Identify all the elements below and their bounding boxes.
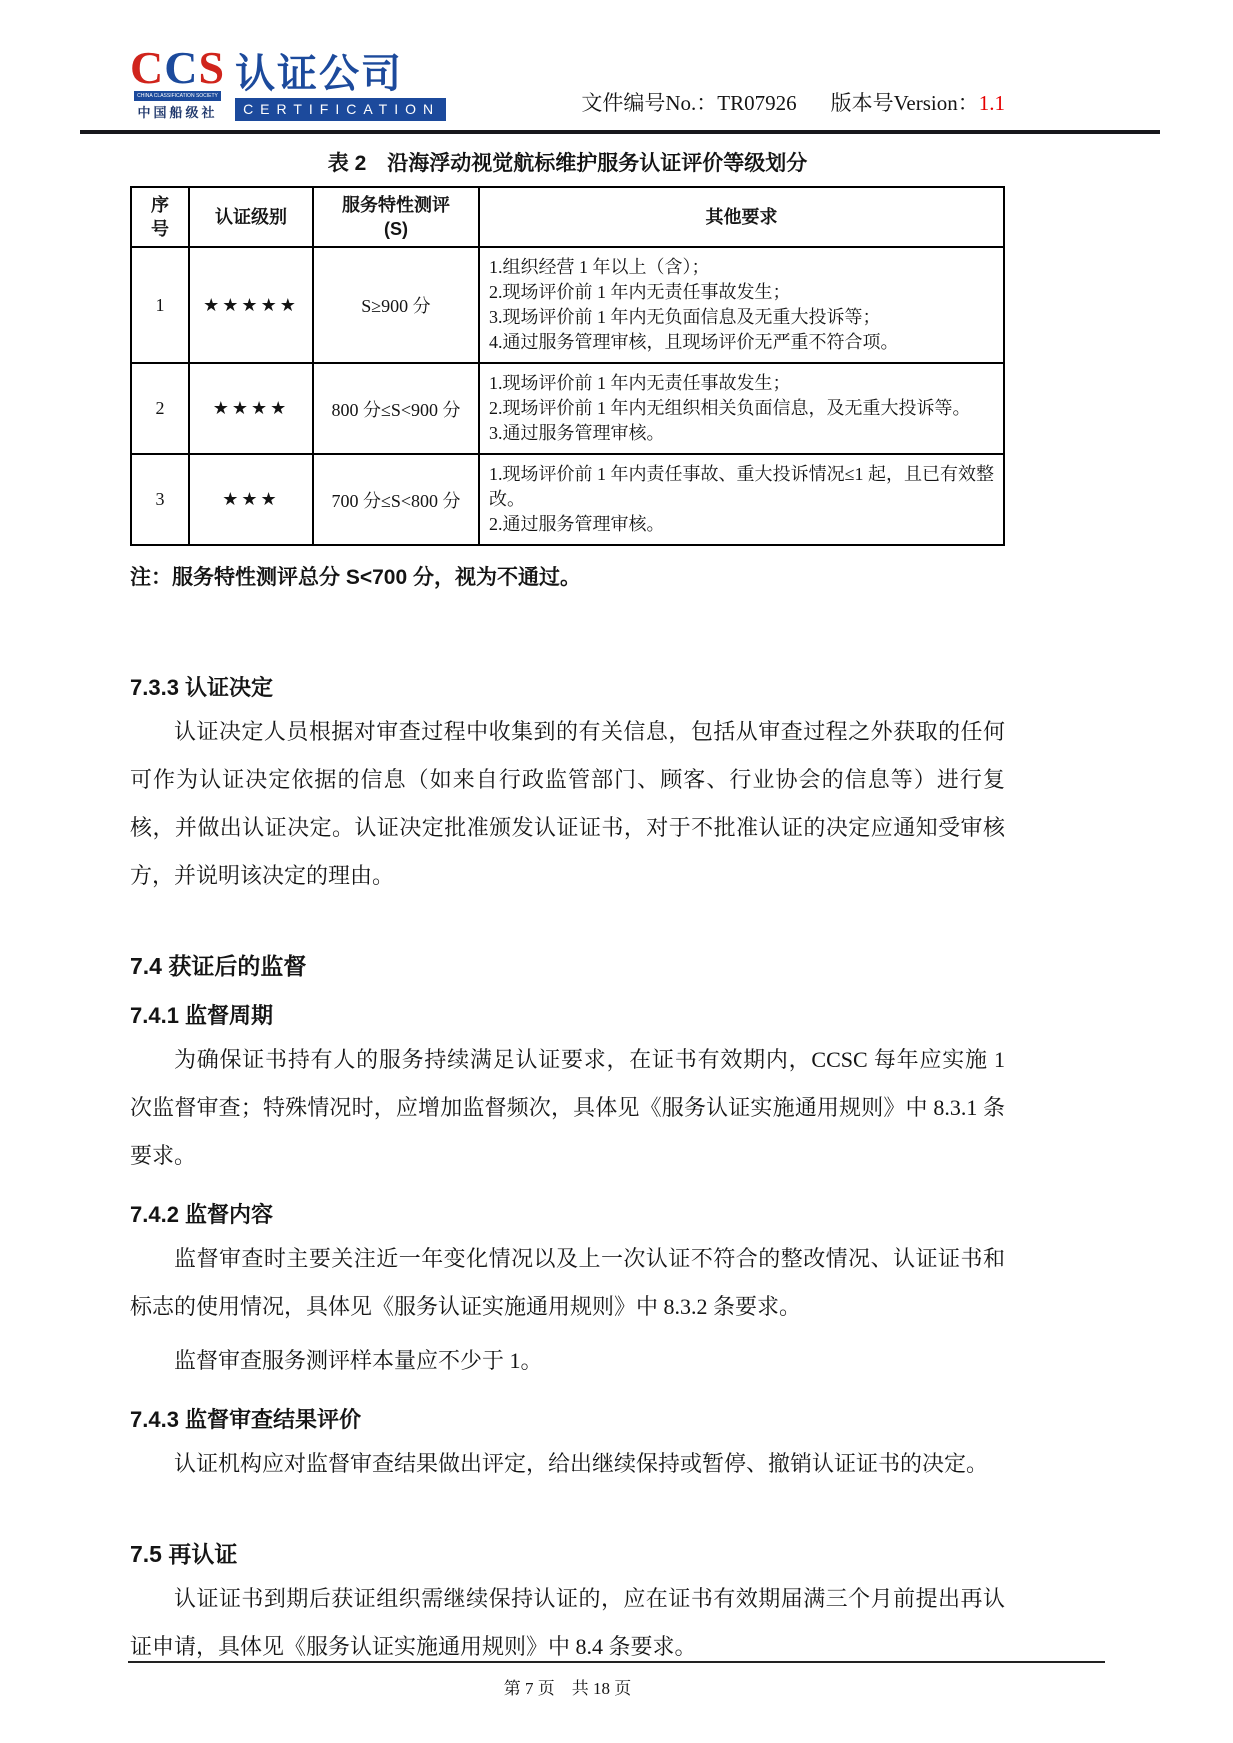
certification-bar: CERTIFICATION: [235, 98, 446, 121]
requirements-cell: 1.现场评价前 1 年内无责任事故发生； 2.现场评价前 1 年内无组织相关负面…: [479, 363, 1004, 454]
requirement-item: 2.通过服务管理审核。: [489, 512, 994, 537]
requirement-item: 1.组织经营 1 年以上（含）；: [489, 255, 994, 280]
requirement-item: 2.现场评价前 1 年内无责任事故发生；: [489, 280, 994, 305]
table-row: 2 ★★★★ 800 分≤S<900 分 1.现场评价前 1 年内无责任事故发生…: [131, 363, 1004, 454]
requirement-item: 3.通过服务管理审核。: [489, 421, 994, 446]
ccs-letter-c1: C: [130, 42, 164, 93]
society-en-bar: CHINA CLASSIFICATION SOCIETY: [134, 91, 221, 101]
section-paragraph: 为确保证书持有人的服务持续满足认证要求，在证书有效期内，CCSC 每年应实施 1…: [130, 1036, 1005, 1180]
section-heading-7-3-3: 7.3.3 认证决定: [130, 671, 1005, 702]
ccs-letter-s: S: [198, 42, 225, 93]
section-heading-7-4-1: 7.4.1 监督周期: [130, 999, 1005, 1030]
requirement-item: 2.现场评价前 1 年内无组织相关负面信息，及无重大投诉等。: [489, 396, 994, 421]
section-paragraph: 认证机构应对监督审查结果做出评定，给出继续保持或暂停、撤销认证证书的决定。: [130, 1440, 1005, 1488]
row-no: 3: [131, 454, 189, 545]
table-row: 3 ★★★ 700 分≤S<800 分 1.现场评价前 1 年内责任事故、重大投…: [131, 454, 1004, 545]
section-heading-7-4-3: 7.4.3 监督审查结果评价: [130, 1403, 1005, 1434]
star-rating: ★★★★★: [189, 247, 313, 363]
footer-divider: [128, 1661, 1105, 1663]
table-title: 表 2 沿海浮动视觉航标维护服务认证评价等级划分: [130, 147, 1005, 177]
col-header-grade: 认证级别: [189, 187, 313, 247]
ccs-logo-left: CCS CHINA CLASSIFICATION SOCIETY 中国船级社: [130, 48, 225, 121]
table-row: 1 ★★★★★ S≥900 分 1.组织经营 1 年以上（含）； 2.现场评价前…: [131, 247, 1004, 363]
requirements-cell: 1.组织经营 1 年以上（含）； 2.现场评价前 1 年内无责任事故发生； 3.…: [479, 247, 1004, 363]
requirement-item: 1.现场评价前 1 年内无责任事故发生；: [489, 371, 994, 396]
table-header-row: 序 号 认证级别 服务特性测评 (S) 其他要求: [131, 187, 1004, 247]
header-divider: [80, 130, 1160, 134]
ccs-logo-right: 认证公司 CERTIFICATION: [235, 54, 446, 121]
company-name: 认证公司: [235, 54, 446, 94]
version-value: 1.1: [979, 91, 1005, 115]
section-heading-7-4-2: 7.4.2 监督内容: [130, 1198, 1005, 1229]
row-no: 2: [131, 363, 189, 454]
col-header-score: 服务特性测评 (S): [313, 187, 479, 247]
col-header-other: 其他要求: [479, 187, 1004, 247]
col-header-no: 序 号: [131, 187, 189, 247]
requirement-item: 4.通过服务管理审核，且现场评价无严重不符合项。: [489, 330, 994, 355]
score-range: 700 分≤S<800 分: [313, 454, 479, 545]
section-paragraph: 监督审查时主要关注近一年变化情况以及上一次认证不符合的整改情况、认证证书和标志的…: [130, 1235, 1005, 1331]
section-paragraph: 认证决定人员根据对审查过程中收集到的有关信息，包括从审查过程之外获取的任何可作为…: [130, 708, 1005, 900]
section-heading-7-5: 7.5 再认证: [130, 1536, 1005, 1569]
ccs-logo-text: CCS: [130, 48, 225, 88]
row-no: 1: [131, 247, 189, 363]
star-rating: ★★★★: [189, 363, 313, 454]
star-rating: ★★★: [189, 454, 313, 545]
version-label: 版本号Version：: [831, 91, 979, 115]
ccs-letter-c2: C: [164, 42, 198, 93]
score-range: 800 分≤S<900 分: [313, 363, 479, 454]
doc-meta-line: 文件编号No.：TR07926版本号Version：1.1: [581, 87, 1005, 121]
requirements-cell: 1.现场评价前 1 年内责任事故、重大投诉情况≤1 起，且已有效整改。 2.通过…: [479, 454, 1004, 545]
section-paragraph: 监督审查服务测评样本量应不少于 1。: [130, 1337, 1005, 1385]
requirement-item: 3.现场评价前 1 年内无负面信息及无重大投诉等；: [489, 305, 994, 330]
page-header: CCS CHINA CLASSIFICATION SOCIETY 中国船级社 认…: [130, 48, 1005, 121]
document-page: CCS CHINA CLASSIFICATION SOCIETY 中国船级社 认…: [0, 0, 1233, 1671]
ccs-logo: CCS CHINA CLASSIFICATION SOCIETY 中国船级社 认…: [130, 48, 446, 121]
footer-page-number: 第 7 页 共 18 页: [130, 1674, 1005, 1699]
table-note: 注：服务特性测评总分 S<700 分，视为不通过。: [130, 561, 1005, 591]
society-cn-label: 中国船级社: [138, 102, 218, 121]
score-range: S≥900 分: [313, 247, 479, 363]
section-paragraph: 认证证书到期后获证组织需继续保持认证的，应在证书有效期届满三个月前提出再认证申请…: [130, 1575, 1005, 1671]
requirement-item: 1.现场评价前 1 年内责任事故、重大投诉情况≤1 起，且已有效整改。: [489, 462, 994, 512]
doc-number: 文件编号No.：TR07926: [581, 91, 796, 115]
grade-table: 序 号 认证级别 服务特性测评 (S) 其他要求 1 ★★★★★ S≥900 分…: [130, 186, 1005, 546]
section-heading-7-4: 7.4 获证后的监督: [130, 948, 1005, 981]
